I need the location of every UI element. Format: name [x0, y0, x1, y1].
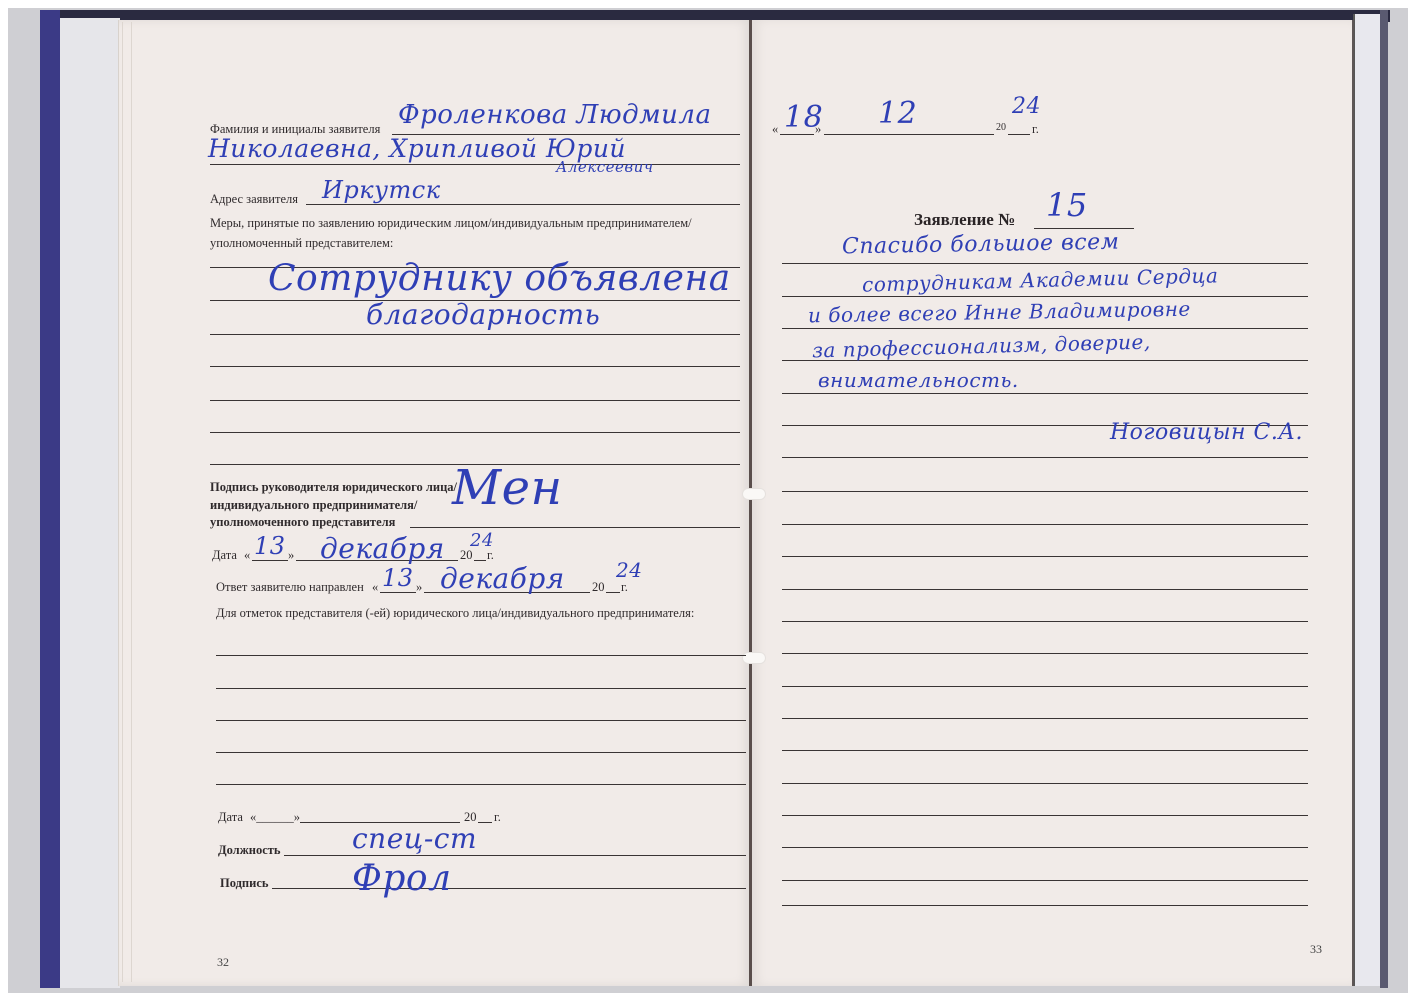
right-date-year-unit: г. — [1032, 122, 1039, 137]
measures-label-2: уполномоченный представителем: — [210, 236, 393, 251]
head-signature-label-3: уполномоченного представителя — [210, 515, 395, 530]
form-line — [210, 432, 740, 433]
form-line — [782, 296, 1308, 297]
form-line — [252, 560, 288, 561]
page-number-right: 33 — [1310, 942, 1322, 957]
form-line — [216, 784, 746, 785]
measures-value-2: благодарность — [366, 298, 600, 331]
quote-close: » — [288, 548, 294, 563]
head-signature-label-1: Подпись руководителя юридического лица/ — [210, 480, 457, 495]
form-line — [782, 880, 1308, 881]
form-line — [478, 822, 492, 823]
form-line — [410, 527, 740, 528]
form-line — [210, 334, 740, 335]
form-line — [782, 621, 1308, 622]
form-line — [782, 750, 1308, 751]
form-line — [782, 328, 1308, 329]
binding-thread — [742, 652, 766, 664]
quote-open: « — [244, 548, 250, 563]
rep-date-blank: «______» — [250, 810, 300, 825]
quote-open: « — [772, 122, 778, 137]
date-year-suffix: 24 — [470, 530, 494, 551]
date-month: декабря — [320, 532, 445, 565]
form-line — [782, 556, 1308, 557]
form-line — [782, 263, 1308, 264]
reply-label: Ответ заявителю направлен — [216, 580, 364, 595]
form-line — [782, 457, 1308, 458]
right-date-year-prefix: 20 — [996, 122, 1006, 133]
head-signature-label-2: индивидуального предпринимателя/ — [210, 498, 417, 513]
signature-label: Подпись — [220, 876, 269, 891]
form-line — [782, 718, 1308, 719]
date-day: 13 — [254, 532, 286, 560]
position-label: Должность — [218, 843, 281, 858]
address-value: Иркутск — [322, 176, 441, 204]
book-cover-left — [40, 10, 60, 988]
book-cover-right — [1380, 10, 1388, 988]
form-line — [1008, 134, 1030, 135]
signature-value: Фрол — [352, 858, 452, 899]
page-stack-edge — [122, 22, 132, 982]
form-line — [782, 653, 1308, 654]
binding-thread — [742, 488, 766, 500]
form-line — [272, 888, 746, 889]
form-line — [216, 688, 746, 689]
statement-line-5: внимательность. — [818, 368, 1019, 392]
form-line — [606, 592, 620, 593]
form-line — [474, 560, 486, 561]
applicant-name-value-2b: Алексеевич — [556, 158, 654, 176]
book-endpaper-right — [1353, 14, 1382, 986]
form-line — [210, 366, 740, 367]
form-line — [782, 524, 1308, 525]
form-line — [782, 815, 1308, 816]
rep-date-label: Дата — [218, 810, 243, 825]
form-line — [782, 589, 1308, 590]
quote-open: « — [372, 580, 378, 595]
reply-day: 13 — [382, 564, 414, 592]
page-number-left: 32 — [217, 955, 229, 970]
form-line — [306, 204, 740, 205]
form-line — [284, 855, 746, 856]
form-line — [782, 847, 1308, 848]
reply-year-unit: г. — [621, 580, 628, 595]
right-page — [752, 20, 1354, 986]
book-spine — [749, 20, 752, 986]
reply-month: декабря — [440, 562, 565, 595]
measures-label-1: Меры, принятые по заявлению юридическим … — [210, 216, 692, 231]
form-line — [216, 720, 746, 721]
measures-value-1: Сотруднику объявлена — [268, 258, 731, 299]
rep-date-year-unit: г. — [494, 810, 501, 825]
form-line — [210, 164, 740, 165]
right-date-month: 12 — [878, 96, 917, 131]
form-line — [782, 686, 1308, 687]
form-line — [210, 400, 740, 401]
statement-number: 15 — [1046, 186, 1088, 224]
form-line — [216, 655, 746, 656]
right-date-year-suffix: 24 — [1012, 94, 1041, 119]
position-value: спец-ст — [352, 822, 477, 855]
statement-signature: Ноговицын С.А. — [1110, 420, 1303, 445]
rep-marks-label: Для отметок представителя (-ей) юридичес… — [216, 606, 694, 621]
book-endpaper-left — [60, 18, 120, 988]
quote-close: » — [416, 580, 422, 595]
form-line — [782, 491, 1308, 492]
form-line — [782, 905, 1308, 906]
form-line — [380, 592, 416, 593]
form-line — [782, 783, 1308, 784]
reply-year-suffix: 24 — [616, 558, 642, 582]
right-date-day: 18 — [784, 100, 823, 135]
reply-year-prefix: 20 — [592, 580, 605, 595]
address-label: Адрес заявителя — [210, 192, 298, 207]
head-signature-value: Мен — [452, 460, 563, 516]
date-label: Дата — [212, 548, 237, 563]
form-line — [782, 393, 1308, 394]
statement-line-1: Спасибо большое всем — [842, 230, 1120, 260]
statement-title: Заявление № — [914, 210, 1015, 230]
form-line — [824, 134, 994, 135]
form-line — [216, 752, 746, 753]
applicant-name-value: Фроленкова Людмила — [398, 100, 711, 130]
